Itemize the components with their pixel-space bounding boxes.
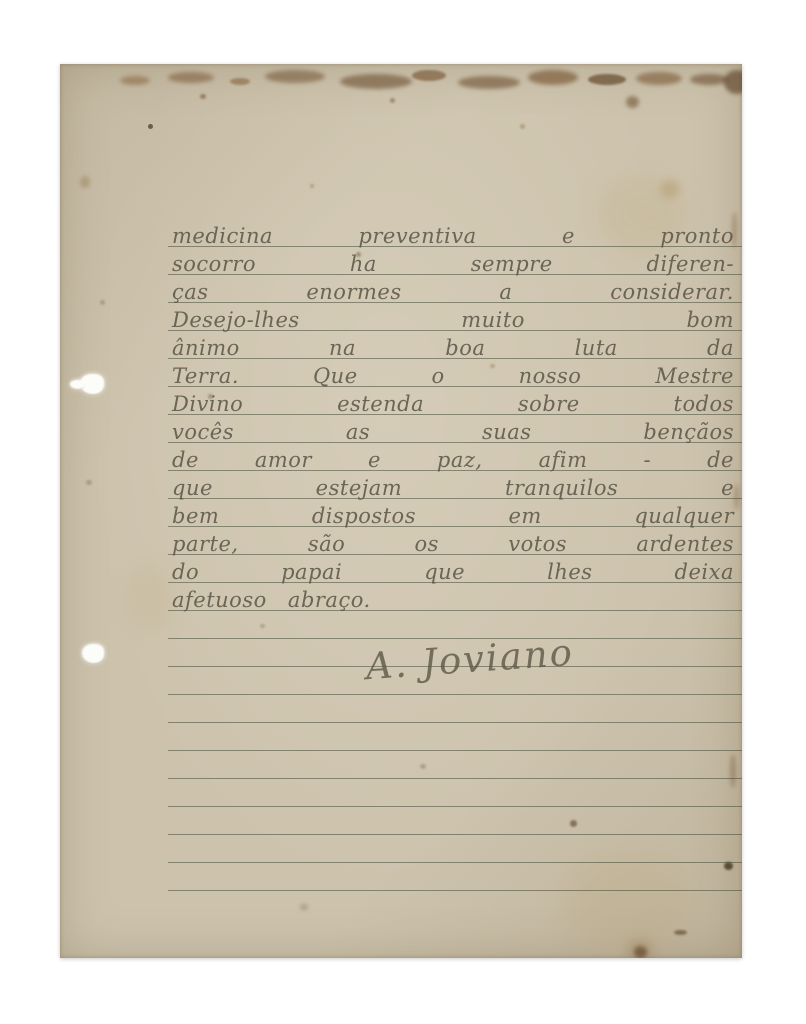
stain xyxy=(636,72,682,85)
handwritten-line: Desejo-lhesmuitobom xyxy=(172,306,734,334)
scanner-background: { "document": { "kind": "handwritten let… xyxy=(0,0,806,1024)
stain xyxy=(340,74,412,89)
handwritten-line: afetuoso abraço. xyxy=(172,586,734,614)
handwritten-line: socorrohasemprediferen- xyxy=(172,250,734,278)
letter-body: medicinapreventivaepronto socorrohasempr… xyxy=(172,222,734,614)
handwritten-line: queestejamtranquilose xyxy=(172,474,734,502)
stain xyxy=(100,300,105,305)
stain xyxy=(120,76,150,85)
stain xyxy=(200,94,206,99)
handwritten-line: Terra.QueonossoMestre xyxy=(172,362,734,390)
stain xyxy=(528,70,578,85)
handwritten-line: dopapaiquelhesdeixa xyxy=(172,558,734,586)
handwritten-line: vocêsassuasbençãos xyxy=(172,418,734,446)
stain xyxy=(300,904,308,910)
stain xyxy=(626,96,639,108)
stain xyxy=(660,180,680,198)
stain xyxy=(168,72,214,83)
handwritten-line: deamorepaz,afim-de xyxy=(172,446,734,474)
stain xyxy=(690,74,728,85)
stain xyxy=(230,78,250,85)
stain xyxy=(588,74,626,85)
handwritten-line: çasenormesaconsiderar. xyxy=(172,278,734,306)
hole-punch xyxy=(82,644,104,663)
handwritten-line: medicinapreventivaepronto xyxy=(172,222,734,250)
stain xyxy=(390,98,395,103)
handwritten-line: ânimonaboalutada xyxy=(172,334,734,362)
stain xyxy=(148,124,153,129)
stain xyxy=(458,76,520,89)
stain xyxy=(520,124,525,129)
stain xyxy=(724,70,742,94)
stain xyxy=(80,176,90,188)
handwritten-line: parte,sãoosvotosardentes xyxy=(172,530,734,558)
stain xyxy=(265,70,325,83)
stain xyxy=(412,70,446,81)
stain xyxy=(310,184,314,188)
handwritten-line: Divinoestendasobretodos xyxy=(172,390,734,418)
stain xyxy=(86,480,92,485)
handwritten-line: bemdispostosemqualquer xyxy=(172,502,734,530)
letter-paper: medicinapreventivaepronto socorrohasempr… xyxy=(60,64,742,958)
hole-punch xyxy=(70,380,84,389)
